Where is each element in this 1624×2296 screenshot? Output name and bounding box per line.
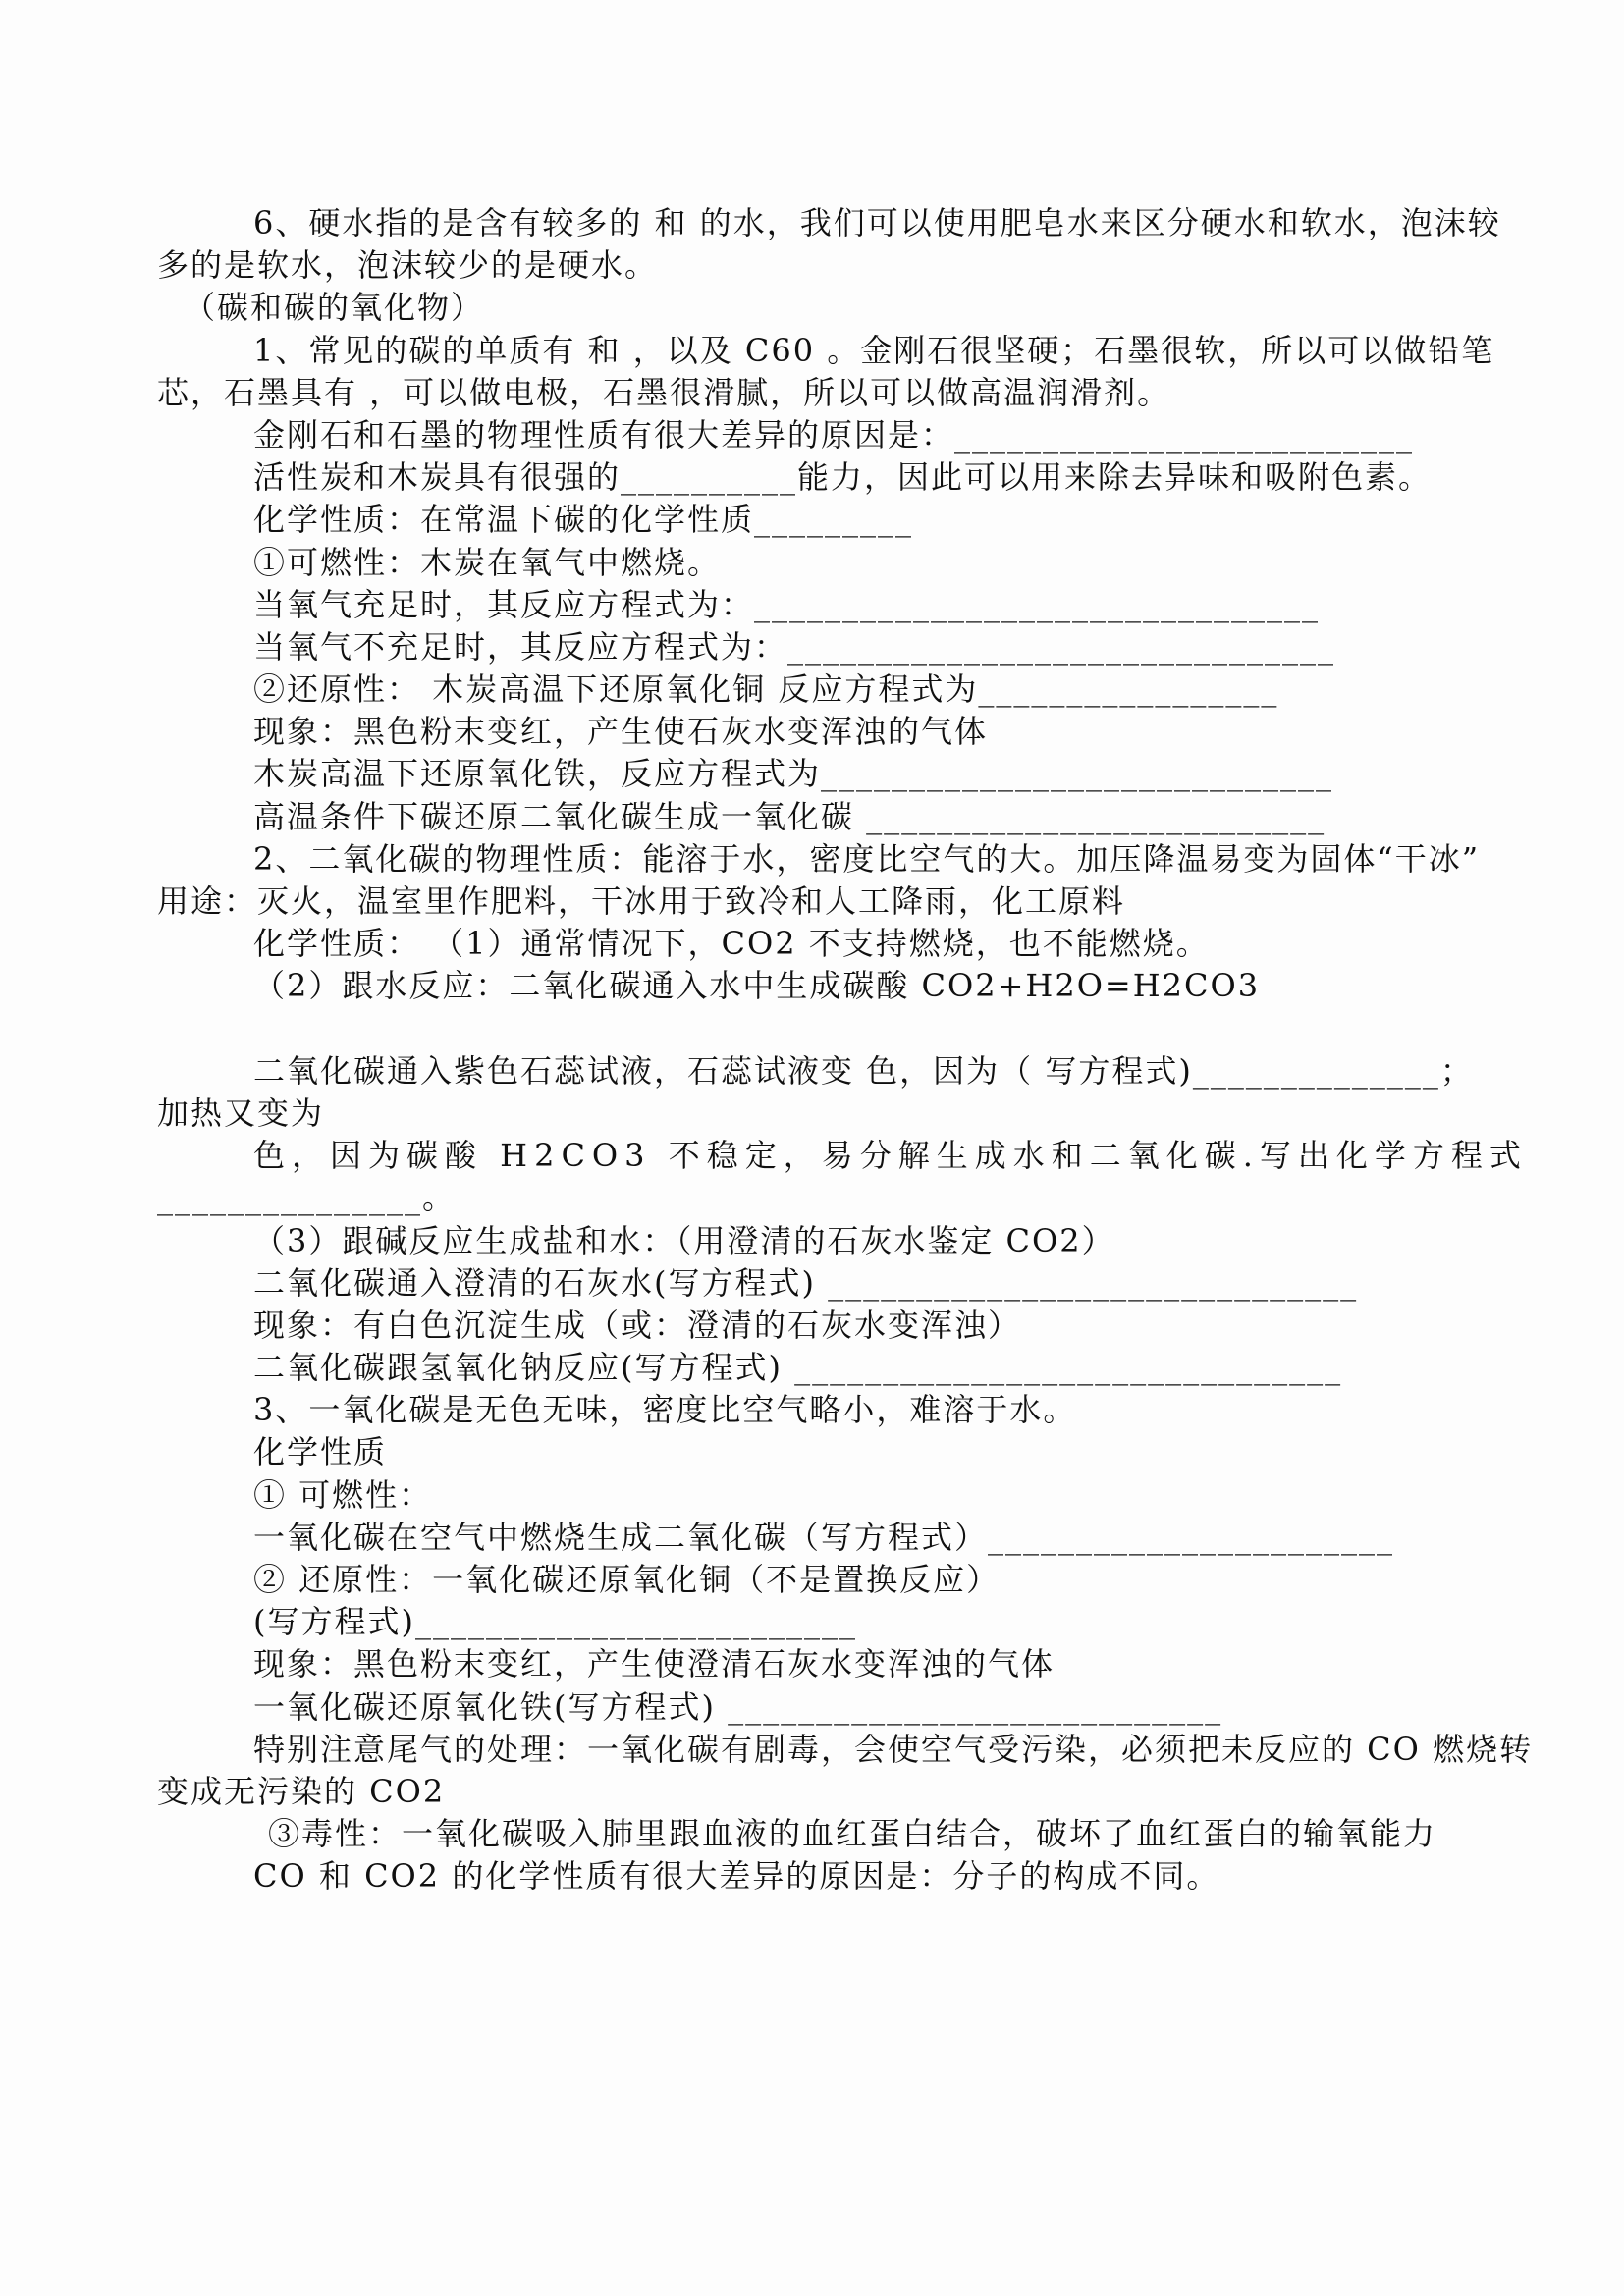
text-line: 现象：有白色沉淀生成（或：澄清的石灰水变浑浊） [157,1305,1551,1347]
text-line: 一氧化碳在空气中燃烧生成二氧化碳（写方程式）__________________… [157,1517,1551,1559]
text-line: 用途：灭火，温室里作肥料，干冰用于致冷和人工降雨，化工原料 [157,881,1551,923]
text-line: 木炭高温下还原氧化铁，反应方程式为_______________________… [157,753,1551,795]
text-line: 6、硬水指的是含有较多的 和 的水，我们可以使用肥皂水来区分硬水和软水，泡沫较 [157,202,1551,244]
text-line: （2）跟水反应：二氧化碳通入水中生成碳酸 CO2+H2O=H2CO3 [157,965,1551,1007]
text-line: 加热又变为 [157,1093,1551,1135]
text-line: 当氧气充足时，其反应方程式为：_________________________… [157,584,1551,626]
text-line: （碳和碳的氧化物） [157,287,1551,329]
text-line: _______________。 [157,1177,1551,1219]
text-line: 3、一氧化碳是无色无味，密度比空气略小，难溶于水。 [157,1389,1551,1431]
text-line: 当氧气不充足时，其反应方程式为：________________________… [157,626,1551,668]
text-line: 二氧化碳跟氢氧化钠反应(写方程式) ______________________… [157,1347,1551,1389]
text-line: ② 还原性：一氧化碳还原氧化铜（不是置换反应） [157,1559,1551,1601]
text-line: CO 和 CO2 的化学性质有很大差异的原因是：分子的构成不同。 [157,1855,1551,1897]
text-line: ①可燃性：木炭在氧气中燃烧。 [157,542,1551,584]
text-line: (写方程式)_________________________ [157,1601,1551,1643]
text-line: 化学性质 [157,1431,1551,1473]
text-line: 现象：黑色粉末变红，产生使澄清石灰水变浑浊的气体 [157,1643,1551,1685]
text-line: 变成无污染的 CO2 [157,1771,1551,1813]
text-line: 1、常见的碳的单质有 和 ，以及 C60 。金刚石很坚硬；石墨很软，所以可以做铅… [157,330,1551,372]
text-line: 多的是软水，泡沫较少的是硬水。 [157,244,1551,287]
text-line: 二氧化碳通入紫色石蕊试液，石蕊试液变 色，因为（ 写方程式)__________… [157,1050,1551,1093]
text-line: ① 可燃性： [157,1474,1551,1517]
text-line: （3）跟碱反应生成盐和水：（用澄清的石灰水鉴定 CO2） [157,1220,1551,1262]
document-body: 6、硬水指的是含有较多的 和 的水，我们可以使用肥皂水来区分硬水和软水，泡沫较多… [157,202,1551,1898]
document-page: 6、硬水指的是含有较多的 和 的水，我们可以使用肥皂水来区分硬水和软水，泡沫较多… [0,0,1624,2296]
text-line: 金刚石和石墨的物理性质有很大差异的原因是：___________________… [157,414,1551,456]
text-line: 高温条件下碳还原二氧化碳生成一氧化碳 _____________________… [157,796,1551,838]
text-line: 色，因为碳酸 H2CO3 不稳定，易分解生成水和二氧化碳.写出化学方程式 [157,1135,1551,1177]
text-line: ②还原性： 木炭高温下还原氧化铜 反应方程式为_________________ [157,668,1551,711]
text-line: 一氧化碳还原氧化铁(写方程式) ________________________… [157,1686,1551,1729]
text-line: 特别注意尾气的处理：一氧化碳有剧毒，会使空气受污染，必须把未反应的 CO 燃烧转 [157,1729,1551,1771]
text-line: 活性炭和木炭具有很强的__________能力，因此可以用来除去异味和吸附色素。 [157,456,1551,499]
text-line: 2、二氧化碳的物理性质：能溶于水，密度比空气的大。加压降温易变为固体“干冰” [157,838,1551,881]
text-line: 芯，石墨具有 ，可以做电极，石墨很滑腻，所以可以做高温润滑剂。 [157,372,1551,414]
blank-line [157,1008,1551,1050]
text-line: 化学性质：在常温下碳的化学性质_________ [157,499,1551,541]
text-line: 化学性质： （1）通常情况下，CO2 不支持燃烧，也不能燃烧。 [157,923,1551,965]
text-line: 现象：黑色粉末变红，产生使石灰水变浑浊的气体 [157,711,1551,753]
text-line: ③毒性：一氧化碳吸入肺里跟血液的血红蛋白结合，破坏了血红蛋白的输氧能力 [157,1813,1551,1855]
text-line: 二氧化碳通入澄清的石灰水(写方程式) _____________________… [157,1262,1551,1305]
